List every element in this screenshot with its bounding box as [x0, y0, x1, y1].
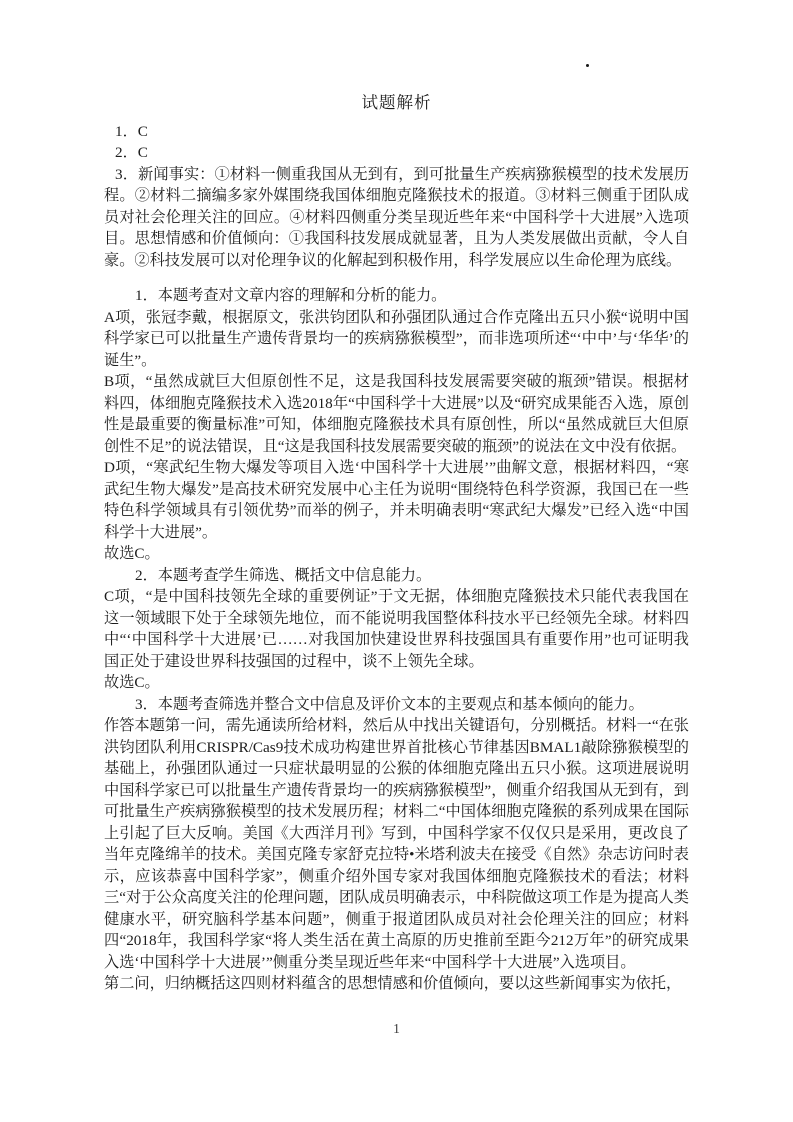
q3-second-question: 第二问，归纳概括这四则材料蕴含的思想情感和价值倾向，要以这些新闻事实为依托， [104, 973, 689, 995]
answer-line-q1: 1．C [104, 121, 689, 143]
stray-dot-mark [586, 64, 589, 67]
answer-q3-news-facts: 3．新闻事实：①材料一侧重我国从无到有，到可批量生产疾病猕猴模型的技术发展历程。… [104, 164, 689, 272]
answer-line-q2: 2．C [104, 142, 689, 164]
q2-conclusion: 故选C。 [104, 672, 689, 694]
q2-analysis-heading: 2．本题考查学生筛选、概括文中信息能力。 [104, 565, 689, 587]
option-a-analysis: A项，张冠李戴，根据原文，张洪钧团队和孙强团队通过合作克隆出五只小猴“说明中国科… [104, 307, 689, 372]
q1-analysis-heading: 1．本题考查对文章内容的理解和分析的能力。 [104, 285, 689, 307]
q3-material-summary: 作答本题第一问，需先通读所给材料，然后从中找出关键语句，分别概括。材料一“在张洪… [104, 715, 689, 973]
page-number: 1 [0, 1021, 793, 1037]
page-title: 试题解析 [104, 92, 689, 114]
option-c-analysis: C项，“是中国科技领先全球的重要例证”于文无据，体细胞克隆猴技术只能代表我国在这… [104, 586, 689, 672]
option-b-analysis: B项，“虽然成就巨大但原创性不足，这是我国科技发展需要突破的瓶颈”错误。根据材料… [104, 371, 689, 457]
q3-analysis-heading: 3．本题考查筛选并整合文中信息及评价文本的主要观点和基本倾向的能力。 [104, 694, 689, 716]
document-page: 试题解析 1．C 2．C 3．新闻事实：①材料一侧重我国从无到有，到可批量生产疾… [0, 0, 793, 1122]
option-d-analysis: D项，“寒武纪生物大爆发等项目入选‘中国科学十大进展’”曲解文意，根据材料四，“… [104, 457, 689, 543]
q1-conclusion: 故选C。 [104, 543, 689, 565]
document-content: 试题解析 1．C 2．C 3．新闻事实：①材料一侧重我国从无到有，到可批量生产疾… [104, 92, 689, 995]
